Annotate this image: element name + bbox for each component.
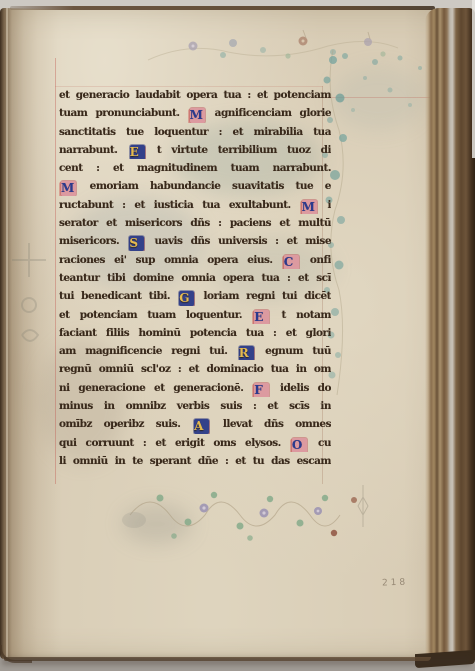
book-shadow (2, 658, 471, 665)
illuminated-initial: M (61, 181, 76, 195)
text-line: cent : et magnitudinem tuam narrabunt. (59, 159, 331, 177)
text-segment: faciant filiis hominū potencia tua : et … (59, 327, 331, 339)
text-segment: raciones ei' sup omnia opera eius. (59, 254, 273, 266)
text-segment: misericors. (59, 235, 119, 247)
text-line: sanctitatis tue loquentur : et mirabilia… (59, 123, 331, 141)
folio-number: 218 (382, 578, 409, 589)
text-segment: llevat dñs omnes (223, 418, 331, 430)
text-line: ni generacione et generacionē. F idelis … (59, 379, 331, 397)
text-segment: egnum tuū (265, 345, 331, 357)
text-segment: t notam (281, 309, 331, 321)
page-top-edge (10, 6, 435, 10)
text-line: li omniū in te sperant dñe : et tu das e… (59, 452, 331, 470)
floral-vine-bottom (118, 480, 373, 550)
illuminated-initial: M (302, 200, 317, 214)
text-line: tui benedicant tibi. G loriam regni tui … (59, 287, 331, 305)
text-line: serator et misericors dñs : paciens et m… (59, 214, 331, 232)
text-segment: cent : et magnitudinem tuam narrabunt. (59, 162, 331, 174)
text-segment: minus in omnibz verbis suis : et scīs in (59, 400, 331, 412)
text-line: et generacio laudabit opera tua : et pot… (59, 86, 331, 104)
text-line: tuam pronunciabunt. M agnificenciam glor… (59, 104, 331, 122)
show-through-ornament-left (2, 235, 57, 375)
illuminated-initial: C (284, 255, 299, 269)
text-line: ructabunt : et iusticia tua exultabunt. … (59, 196, 331, 214)
text-line: teantur tibi domine omnia opera tua : et… (59, 269, 331, 287)
latin-text-block: et generacio laudabit opera tua : et pot… (59, 86, 331, 470)
text-segment: regnū omniū scl'oz : et dominacio tua in… (59, 363, 331, 375)
text-segment: sanctitatis tue loquentur : et mirabilia… (59, 126, 331, 138)
text-line: misericors. S uavis dñs universis : et m… (59, 232, 331, 250)
text-segment: cu (318, 437, 331, 449)
text-line: regnū omniū scl'oz : et dominacio tua in… (59, 360, 331, 378)
text-line: narrabunt. E t virtute terribilium tuoz … (59, 141, 331, 159)
illuminated-initial: E (254, 310, 269, 324)
illuminated-initial: R (239, 346, 254, 360)
text-segment: teantur tibi domine omnia opera tua : et… (59, 272, 331, 284)
text-segment: uavis dñs universis : et mise (155, 235, 332, 247)
text-segment: loriam regni tui dicēt (204, 290, 331, 302)
illuminated-initial: A (194, 419, 209, 433)
text-line: minus in omnibz verbis suis : et scīs in (59, 397, 331, 415)
text-line: M emoriam habundancie suavitatis tue e (59, 177, 331, 195)
text-segment: am magnificencie regni tui. (59, 345, 227, 357)
illuminated-initial: E (130, 145, 145, 159)
illuminated-initial: M (190, 108, 205, 122)
text-line: omībz operibz suis. A llevat dñs omnes (59, 415, 331, 433)
text-line: et potenciam tuam loquentur. E t notam (59, 306, 331, 324)
illuminated-initial: O (292, 438, 307, 452)
manuscript-photo: et generacio laudabit opera tua : et pot… (0, 0, 475, 671)
text-line: qui corruunt : et erigit oms elysos. O c… (59, 434, 331, 452)
text-segment: narrabunt. (59, 144, 117, 156)
text-segment: idelis do (280, 382, 331, 394)
text-segment: onfi (310, 254, 331, 266)
text-segment: tuam pronunciabunt. (59, 107, 180, 119)
text-segment: agnificenciam glorie (215, 107, 331, 119)
text-segment: i (328, 199, 332, 211)
text-line: faciant filiis hominū potencia tua : et … (59, 324, 331, 342)
illuminated-initial: S (129, 236, 144, 250)
book-fore-edge (425, 8, 475, 659)
illuminated-initial: G (179, 291, 194, 305)
text-segment: t virtute terribilium tuoz di (157, 144, 331, 156)
text-segment: serator et misericors dñs : paciens et m… (59, 217, 331, 229)
text-segment: li omniū in te sperant dñe : et tu das e… (59, 455, 331, 467)
text-segment: omībz operibz suis. (59, 418, 180, 430)
text-segment: emoriam habundancie suavitatis tue e (90, 180, 331, 192)
text-segment: et potenciam tuam loquentur. (59, 309, 242, 321)
text-line: am magnificencie regni tui. R egnum tuū (59, 342, 331, 360)
text-line: raciones ei' sup omnia opera eius. C onf… (59, 251, 331, 269)
text-segment: ni generacione et generacionē. (59, 382, 243, 394)
text-segment: tui benedicant tibi. (59, 290, 170, 302)
text-segment: qui corruunt : et erigit oms elysos. (59, 437, 281, 449)
illuminated-initial: F (254, 383, 269, 397)
text-segment: et generacio laudabit opera tua : et pot… (59, 89, 331, 101)
text-segment: ructabunt : et iusticia tua exultabunt. (59, 199, 291, 211)
